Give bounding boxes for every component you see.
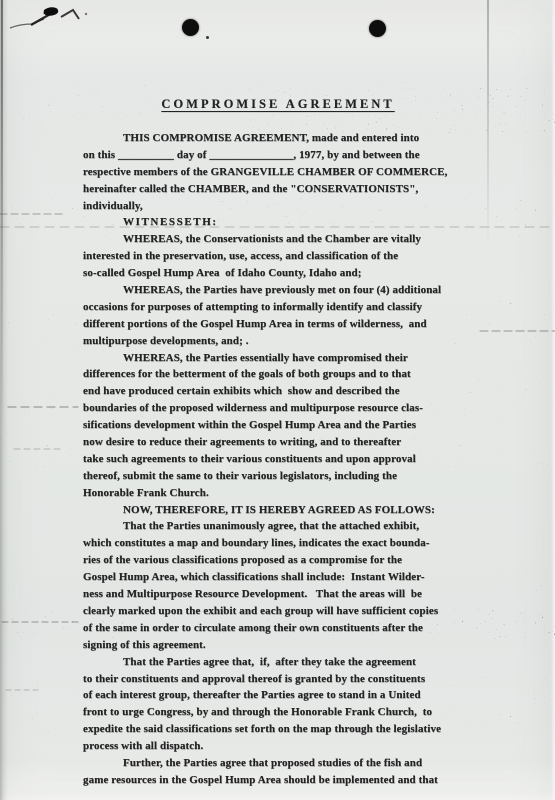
document-line: different portions of the Gospel Hump Ar… [83,316,548,333]
document-line: interested in the preservation, use, acc… [83,248,548,265]
document-line: take such agreements to their various co… [83,451,548,468]
document-line: so-called Gospel Hump Area of Idaho Coun… [83,265,548,282]
document-line: thereof, submit the same to their variou… [83,468,548,485]
page-right-edge-highlight [551,0,555,800]
document-line: occasions for purposes of attempting to … [83,299,548,316]
document-line: differences for the betterment of the go… [83,366,548,383]
document-line: boundaries of the proposed wilderness an… [83,400,548,417]
document-title: COMPROMISE AGREEMENT [83,97,473,112]
document-line: front to urge Congress, by and through t… [83,704,548,721]
document-line: signing of this agreement. [83,637,548,654]
hole-punch-left [182,19,199,36]
document-line: individually, [83,198,548,215]
document-line: which constitutes a map and boundary lin… [83,535,548,552]
document-line: WHEREAS, the Conservationists and the Ch… [83,231,548,248]
document-line: WHEREAS, the Parties have previously met… [83,282,548,299]
document-line: sifications development within the Gospe… [83,417,548,434]
document-line: now desire to reduce their agreements to… [83,434,548,451]
document-line: WITNESSETH: [83,214,548,231]
scanned-document-page: COMPROMISE AGREEMENT THIS COMPROMISE AGR… [0,0,555,800]
document-line: Honorable Frank Church. [83,485,548,502]
document-line: That the Parties agree that, if, after t… [83,654,548,671]
ink-speck [206,36,209,39]
document-line: end have produced certain exhibits which… [83,383,548,400]
document-line: ries of the various classifications prop… [83,552,548,569]
document-line: clearly marked upon the exhibit and each… [83,603,548,620]
document-line: That the Parties unanimously agree, that… [83,518,548,535]
document-line: hereinafter called the CHAMBER, and the … [83,181,548,198]
document-line: of each interest group, thereafter the P… [83,687,548,704]
document-line: ness and Multipurpose Resource Developme… [83,586,548,603]
document-line: expedite the said classifications set fo… [83,721,548,738]
document-line: process with all dispatch. [83,738,548,755]
page-left-edge-line [1,0,3,430]
document-line: WHEREAS, the Parties essentially have co… [83,350,548,367]
hole-punch-right [369,20,386,37]
document-line: Gospel Hump Area, which classifications … [83,569,548,586]
document-line: NOW, THEREFORE, IT IS HEREBY AGREED AS F… [83,502,548,519]
document-line: on this __________ day of ______________… [83,147,548,164]
document-line: multipurpose developments, and; . [83,333,548,350]
document-line: THIS COMPROMISE AGREEMENT, made and ente… [83,130,548,147]
document-line: to their constituents and approval there… [83,671,548,688]
document-line: Further, the Parties agree that proposed… [83,755,548,772]
ink-scribble-mark [0,0,110,50]
document-line: respective members of the GRANGEVILLE CH… [83,164,548,181]
document-body: THIS COMPROMISE AGREEMENT, made and ente… [83,130,548,789]
document-line: game resources in the Gospel Hump Area s… [83,772,548,789]
document-line: of the same in order to circulate among … [83,620,548,637]
